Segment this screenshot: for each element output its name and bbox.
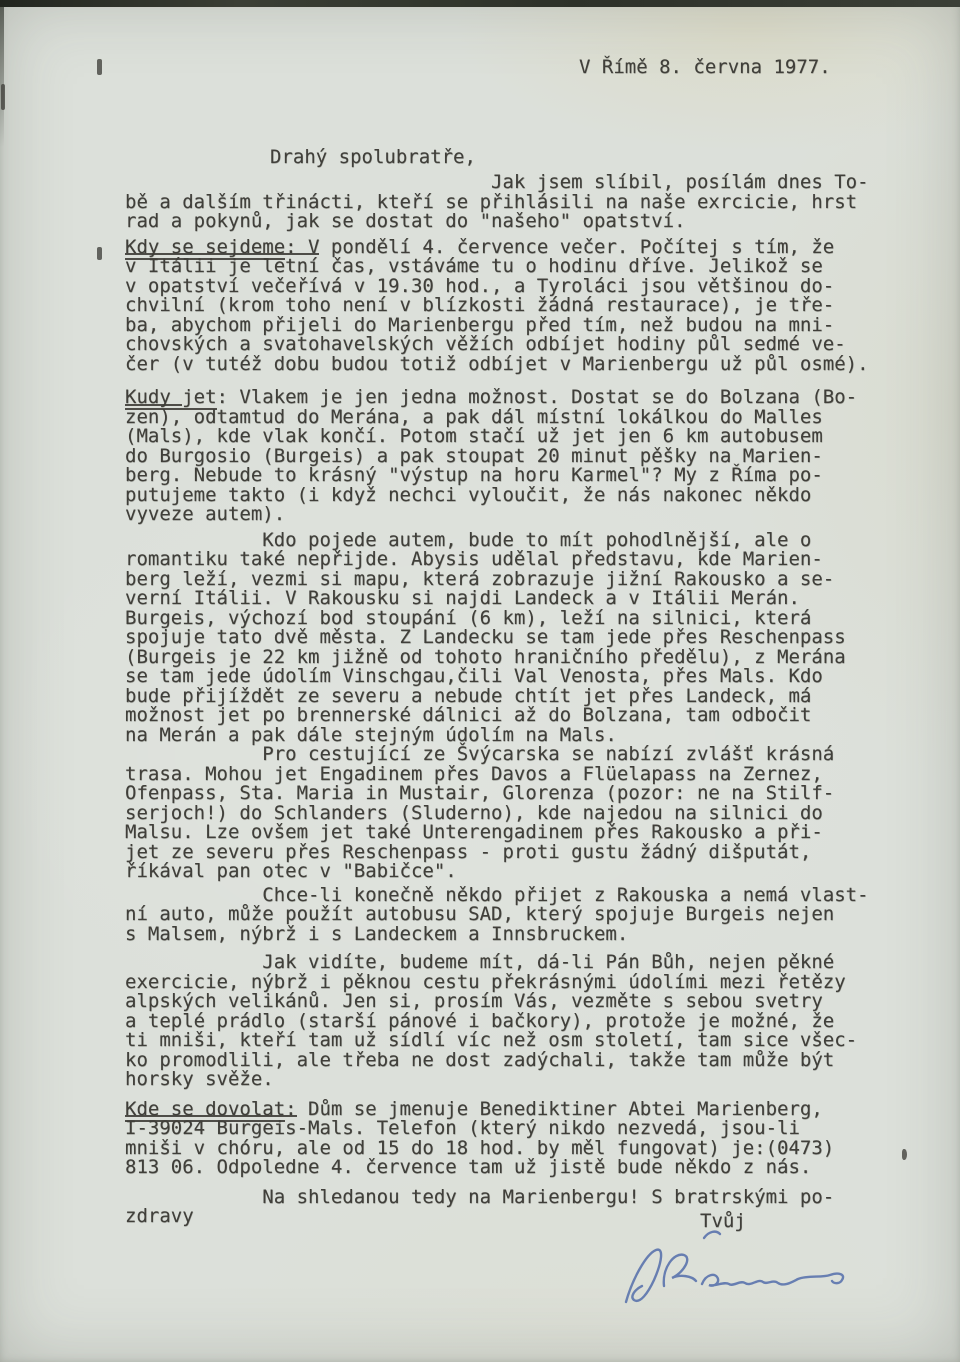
- letter-content: V Římě 8. června 1977. Drahý spolubratře…: [0, 0, 960, 1362]
- salutation: Drahý spolubratře,: [125, 148, 960, 168]
- paragraph-text: Jak vidíte, budeme mít, dá-li Pán Bůh, n…: [125, 951, 857, 1090]
- paragraph: Na shledanou tedy na Marienbergu! S brat…: [125, 1188, 960, 1227]
- paragraph: Kdo pojede autem, bude to mít pohodlnějš…: [125, 531, 960, 746]
- letter-page: V Římě 8. června 1977. Drahý spolubratře…: [0, 0, 960, 1362]
- overlined-text: v Itálii je letní: [125, 253, 319, 277]
- date-line: V Římě 8. června 1977.: [125, 58, 960, 78]
- overlined-text: I-39024 Burgeis: [125, 1115, 297, 1139]
- handwritten-signature-icon: [612, 1228, 862, 1320]
- paragraph-text: odtamtud do Merána, a pak dál místní lok…: [125, 406, 823, 526]
- paragraph-text: Kdo pojede autem, bude to mít pohodlnějš…: [125, 529, 846, 746]
- paragraph-text: Pro cestující ze Švýcarska se nabízí zvl…: [125, 743, 834, 882]
- paragraph: Kudy jet: Vlakem je jen jedna možnost. D…: [125, 388, 960, 525]
- paragraph: Jak vidíte, budeme mít, dá-li Pán Bůh, n…: [125, 953, 960, 1090]
- overlined-text: zen),: [125, 404, 182, 428]
- paragraph: Pro cestující ze Švýcarska se nabízí zvl…: [125, 745, 960, 882]
- paragraph: Jak jsem slíbil, posílám dnes To- bě a d…: [125, 173, 960, 232]
- paragraph: Chce-li konečně někdo přijet z Rakouska …: [125, 886, 960, 945]
- paragraph-text: Chce-li konečně někdo přijet z Rakouska …: [125, 884, 869, 945]
- letter-body: Jak jsem slíbil, posílám dnes To- bě a d…: [125, 173, 960, 1227]
- paragraph-text: Jak jsem slíbil, posílám dnes To- bě a d…: [125, 171, 869, 232]
- paragraph: Kdy se sejdeme: V pondělí 4. července ve…: [125, 238, 960, 375]
- paragraph: Kde se dovolat: Dům se jmenuje Benedikti…: [125, 1100, 960, 1178]
